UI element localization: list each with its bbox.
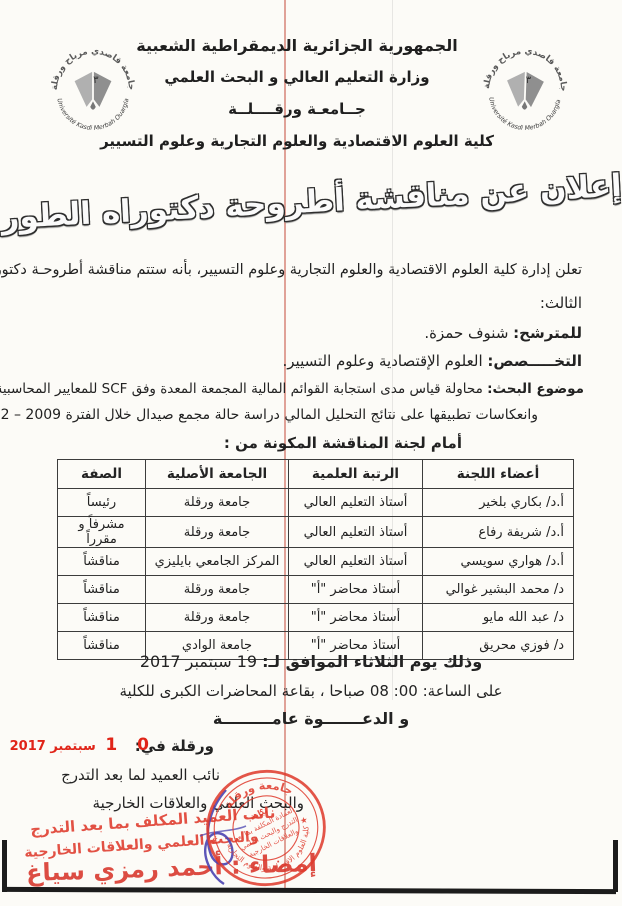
bottom-frame-right <box>613 840 618 892</box>
topic-text-1: محاولة قياس مدى استجابة القوائم المالية … <box>0 381 483 397</box>
topic-line-2: وانعكاسات تطبيقها على نتائج التحليل الما… <box>0 407 538 423</box>
star-icon: ★ <box>299 814 309 826</box>
dater-day: 1 0 <box>105 735 156 755</box>
member-university: المركز الجامعي بايليزي <box>146 548 289 576</box>
member-rank: أستاذ التعليم العالي <box>289 489 423 517</box>
time-value: 08 :00 <box>370 682 418 700</box>
bottom-frame-line <box>4 887 616 894</box>
star-icon: ★ <box>209 835 219 847</box>
col-header-members: أعضاء اللجنة <box>423 460 574 489</box>
table-row: د/ عبد الله مايو أستاذ محاضر "أ" جامعة و… <box>58 604 574 632</box>
table-header-row: أعضاء اللجنة الرتبة العلمية الجامعة الأص… <box>58 460 574 489</box>
topic-line-1: موضوع البحث: محاولة قياس مدى استجابة الق… <box>0 381 584 397</box>
defense-date-line: وذلك يوم الثلاثاء الموافق لـ: 19 سبتمبر … <box>0 652 622 671</box>
svg-text:Université Kasdi Merbah Ouargl: Université Kasdi Merbah Ouargla <box>486 96 562 133</box>
time-rest: صباحا ، بقاعة المحاضرات الكبرى للكلية <box>119 682 365 700</box>
round-official-stamp: جامعة ورقلة كلية العلوم الاقتصادية والعل… <box>187 749 345 906</box>
specialty-label: التخـــــصص: <box>487 352 582 370</box>
time-label: على الساعة: <box>423 682 503 700</box>
logo-bird-mark: ٣ <box>525 75 531 86</box>
logo-latin-arc: Université Kasdi Merbah Ouargla <box>486 96 562 133</box>
col-header-rank: الرتبة العلمية <box>289 460 423 489</box>
invitation-line: و الدعـــــــوة عامـــــــــة <box>0 709 622 728</box>
member-role: مناقشاً <box>58 548 146 576</box>
table-row: أ.د/ شريفة رفاع أستاذ التعليم العالي جام… <box>58 517 574 548</box>
logo-wing-left <box>506 71 525 107</box>
candidate-name: شنوف حمزة. <box>424 324 508 342</box>
member-role: مناقشاً <box>58 604 146 632</box>
committee-intro: أمام لجنة المناقشة المكونة من : <box>224 434 462 452</box>
defense-date-value: 19 سبتمبر 2017 <box>140 652 257 671</box>
university-logo-icon: جامعة قاصدي مرباح ورقلة Université Kasdi… <box>47 48 139 140</box>
member-role: مناقشاً <box>58 576 146 604</box>
logo-wing-left <box>75 72 92 107</box>
member-name: د/ محمد البشير غوالي <box>423 576 574 604</box>
defense-date-prefix: وذلك يوم الثلاثاء الموافق لـ: <box>262 652 482 671</box>
table-row: أ.د/ بكاري بلخير أستاذ التعليم العالي جا… <box>58 489 574 517</box>
table-row: د/ محمد البشير غوالي أستاذ محاضر "أ" جام… <box>58 576 574 604</box>
table-row: أ.د/ هواري سويسي أستاذ التعليم العالي ال… <box>58 548 574 576</box>
topic-label: موضوع البحث: <box>487 381 584 397</box>
scanned-announcement-page: الجمهورية الجزائرية الديمقراطية الشعبية … <box>0 0 622 906</box>
committee-table: أعضاء اللجنة الرتبة العلمية الجامعة الأص… <box>57 459 574 660</box>
intro-line-1: تعلن إدارة كلية العلوم الاقتصادية والعلو… <box>0 262 582 278</box>
member-rank: أستاذ محاضر "أ" <box>289 576 423 604</box>
member-university: جامعة ورقلة <box>146 489 289 517</box>
member-rank: أستاذ التعليم العالي <box>289 548 423 576</box>
page-title: إعلان عن مناقشة أطروحة دكتوراه الطور الث… <box>0 168 622 237</box>
intro-line-2: الثالث: <box>540 294 582 312</box>
member-name: أ.د/ هواري سويسي <box>423 548 574 576</box>
col-header-university: الجامعة الأصلية <box>146 460 289 489</box>
specialty-line: التخـــــصص: العلوم الإقتصادية وعلوم الت… <box>283 352 583 370</box>
member-name: أ.د/ بكاري بلخير <box>423 489 574 517</box>
member-rank: أستاذ محاضر "أ" <box>289 604 423 632</box>
col-header-role: الصفة <box>58 460 146 489</box>
logo-base <box>90 101 96 109</box>
dater-month-year: سبتمبر 2017 <box>10 739 96 754</box>
member-role: مشرفاً و مقرراً <box>58 517 146 548</box>
member-name: أ.د/ شريفة رفاع <box>423 517 574 548</box>
member-name: د/ عبد الله مايو <box>423 604 574 632</box>
candidate-label: للمترشح: <box>513 324 582 342</box>
dater-stamp: 1 0 سبتمبر 2017 <box>10 735 156 755</box>
member-rank: أستاذ التعليم العالي <box>289 517 423 548</box>
bottom-frame-left <box>2 840 7 892</box>
member-university: جامعة ورقلة <box>146 604 289 632</box>
logo-bird-mark: ٣ <box>93 75 99 86</box>
candidate-line: للمترشح: شنوف حمزة. <box>424 324 582 342</box>
member-university: جامعة ورقلة <box>146 517 289 548</box>
defense-time-line: على الساعة: 08 :00 صباحا ، بقاعة المحاضر… <box>0 682 622 700</box>
member-role: رئيساً <box>58 489 146 517</box>
logo-base <box>522 101 528 109</box>
specialty-value: العلوم الإقتصادية وعلوم التسيير. <box>283 352 483 370</box>
member-university: جامعة ورقلة <box>146 576 289 604</box>
university-logo-icon: جامعة قاصدي مرباح ورقلة Université Kasdi… <box>477 46 572 141</box>
